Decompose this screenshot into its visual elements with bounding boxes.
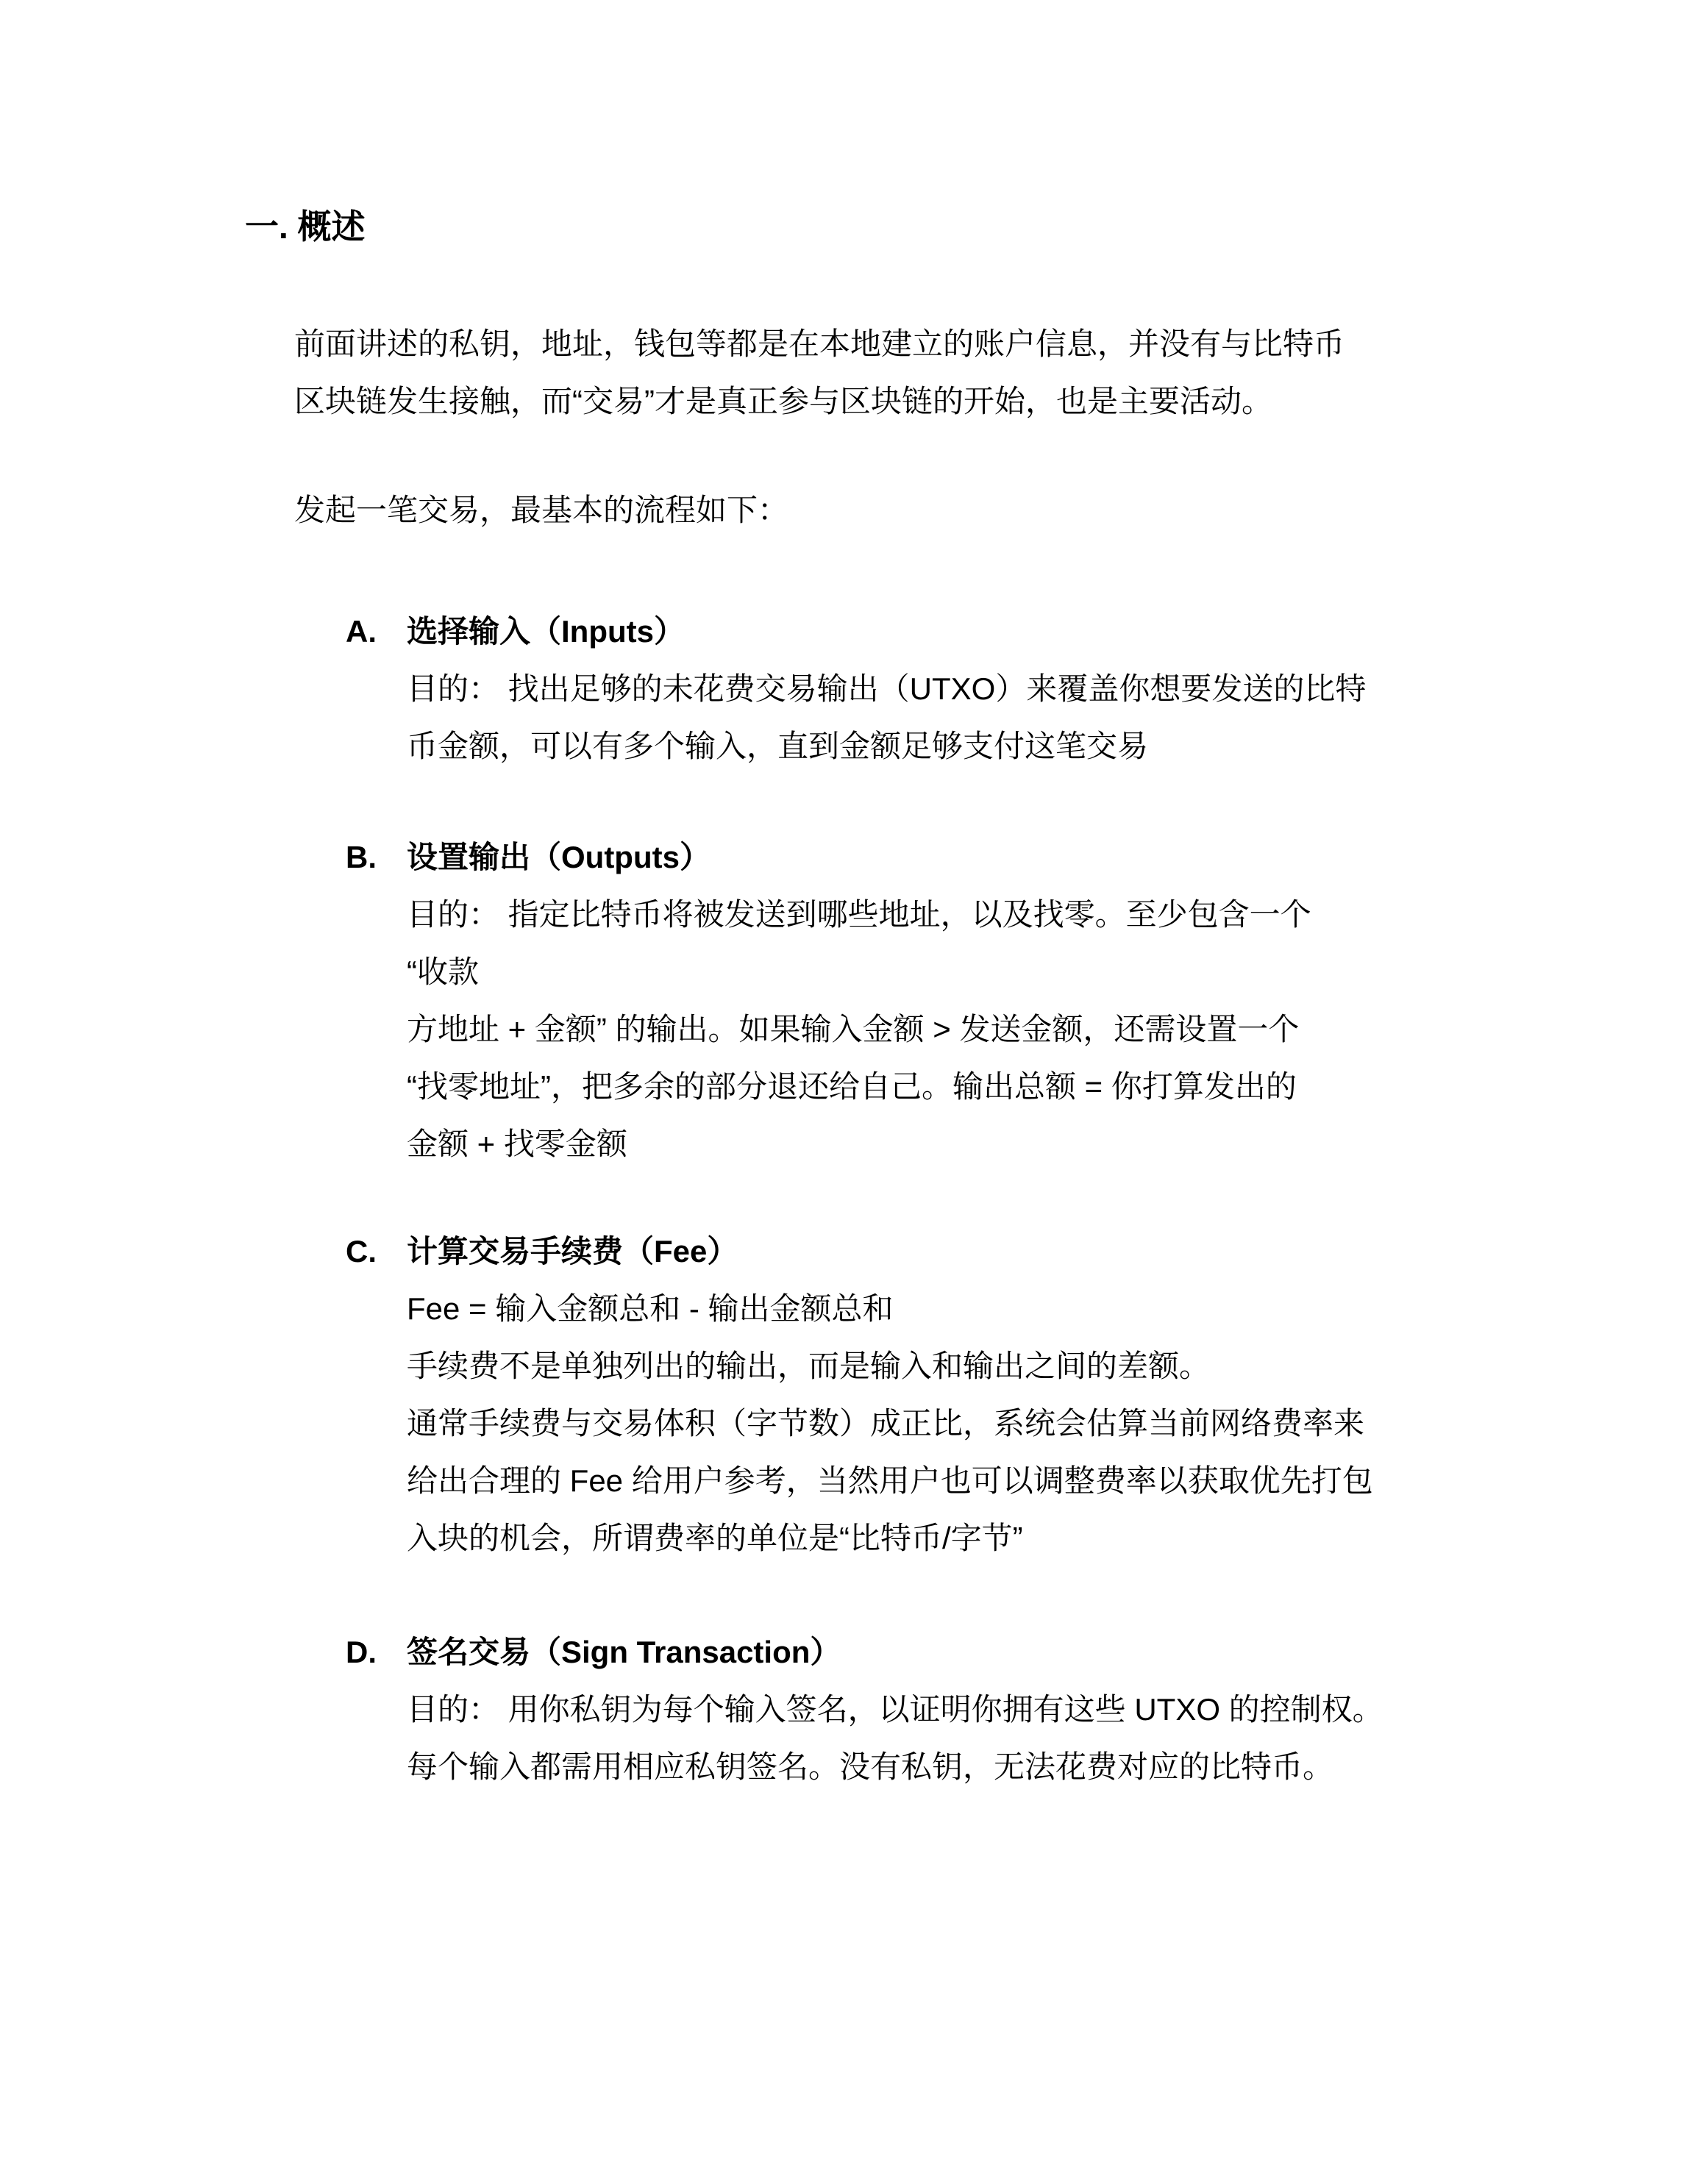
- step-letter: C.: [346, 1223, 407, 1280]
- lead-paragraph: 发起一笔交易，最基本的流程如下：: [294, 482, 788, 539]
- step-letter: A.: [346, 603, 407, 660]
- step-heading: B.设置输出（Outputs）: [346, 829, 1311, 886]
- text-line: 手续费不是单独列出的输出，而是输入和输出之间的差额。: [407, 1338, 1373, 1395]
- step-d-sign-transaction: D.签名交易（Sign Transaction） 目的： 用你私钥为每个输入签名…: [346, 1624, 1383, 1796]
- step-title: 计算交易手续费（Fee）: [407, 1234, 738, 1268]
- text-line: 方地址 + 金额” 的输出。如果输入金额 > 发送金额，还需设置一个: [407, 1001, 1311, 1058]
- step-a-inputs: A.选择输入（Inputs） 目的： 找出足够的未花费交易输出（UTXO）来覆盖…: [346, 603, 1366, 775]
- step-letter: D.: [346, 1624, 407, 1681]
- text-line: 给出合理的 Fee 给用户参考，当然用户也可以调整费率以获取优先打包: [407, 1452, 1373, 1510]
- step-heading: C.计算交易手续费（Fee）: [346, 1223, 1373, 1280]
- text-line: 入块的机会，所谓费率的单位是“比特币/字节”: [407, 1510, 1373, 1567]
- text-line: 币金额，可以有多个输入，直到金额足够支付这笔交易: [407, 718, 1366, 775]
- document-page: 一. 概述 前面讲述的私钥，地址，钱包等都是在本地建立的账户信息，并没有与比特币…: [0, 0, 1688, 2184]
- text-line: Fee = 输入金额总和 - 输出金额总和: [407, 1280, 1373, 1338]
- text-line: 前面讲述的私钥，地址，钱包等都是在本地建立的账户信息，并没有与比特币: [294, 315, 1345, 373]
- text-line: 发起一笔交易，最基本的流程如下：: [294, 482, 788, 539]
- step-heading: D.签名交易（Sign Transaction）: [346, 1624, 1383, 1681]
- step-title: 签名交易（Sign Transaction）: [407, 1635, 841, 1669]
- step-b-outputs: B.设置输出（Outputs） 目的： 指定比特币将被发送到哪些地址，以及找零。…: [346, 829, 1311, 1173]
- text-line: 通常手续费与交易体积（字节数）成正比，系统会估算当前网络费率来: [407, 1395, 1373, 1452]
- text-line: 目的： 找出足够的未花费交易输出（UTXO）来覆盖你想要发送的比特: [407, 660, 1366, 718]
- text-line: “找零地址”，把多余的部分退还给自己。输出总额 = 你打算发出的: [407, 1058, 1311, 1116]
- step-letter: B.: [346, 829, 407, 886]
- step-heading: A.选择输入（Inputs）: [346, 603, 1366, 660]
- text-line: 区块链发生接触，而“交易”才是真正参与区块链的开始，也是主要活动。: [294, 373, 1345, 430]
- text-line: 目的： 用你私钥为每个输入签名，以证明你拥有这些 UTXO 的控制权。: [407, 1681, 1383, 1738]
- section-heading: 一. 概述: [245, 206, 366, 247]
- step-title: 选择输入（Inputs）: [407, 614, 685, 649]
- step-title: 设置输出（Outputs）: [407, 840, 711, 874]
- intro-paragraph: 前面讲述的私钥，地址，钱包等都是在本地建立的账户信息，并没有与比特币 区块链发生…: [294, 315, 1345, 430]
- text-line: 目的： 指定比特币将被发送到哪些地址，以及找零。至少包含一个: [407, 886, 1311, 943]
- text-line: 金额 + 找零金额: [407, 1116, 1311, 1173]
- text-line: “收款: [407, 943, 1311, 1001]
- step-c-fee: C.计算交易手续费（Fee） Fee = 输入金额总和 - 输出金额总和 手续费…: [346, 1223, 1373, 1567]
- text-line: 每个输入都需用相应私钥签名。没有私钥，无法花费对应的比特币。: [407, 1738, 1383, 1796]
